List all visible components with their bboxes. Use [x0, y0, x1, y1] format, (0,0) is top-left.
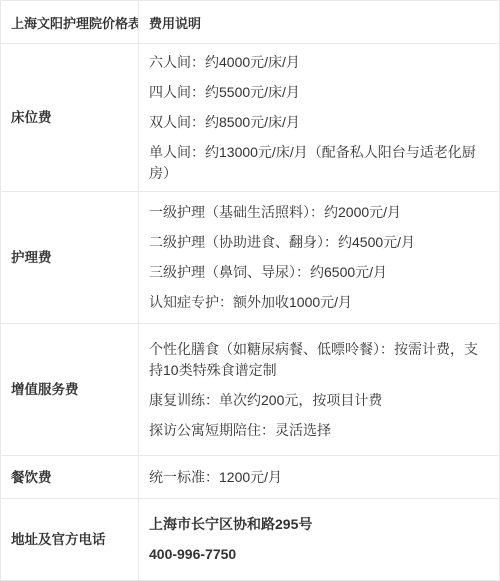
table-row-value-added-fee: 增值服务费 个性化膳食（如糖尿病餐、低嘌呤餐）：按需计费，支持10类特殊食谱定制…: [1, 324, 500, 456]
fee-item: 探访公寓短期陪住：灵活选择: [149, 420, 491, 441]
fee-item: 六人间：约4000元/床/月: [149, 52, 491, 73]
fee-item: 二级护理（协助进食、翻身）：约4500元/月: [149, 232, 491, 253]
fee-item: 一级护理（基础生活照料）：约2000元/月: [149, 202, 491, 223]
fee-item: 四人间：约5500元/床/月: [149, 82, 491, 103]
fee-item: 双人间：约8500元/床/月: [149, 112, 491, 133]
row-label-nursing-fee: 护理费: [1, 192, 139, 324]
row-content-bed-fee: 六人间：约4000元/床/月 四人间：约5500元/床/月 双人间：约8500元…: [139, 44, 500, 192]
row-content-value-added-fee: 个性化膳食（如糖尿病餐、低嘌呤餐）：按需计费，支持10类特殊食谱定制 康复训练：…: [139, 324, 500, 456]
price-table: 上海文阳护理院价格表 费用说明 床位费 六人间：约4000元/床/月 四人间：约…: [0, 0, 500, 581]
phone-number: 400-996-7750: [149, 544, 491, 565]
fee-item: 康复训练：单次约200元，按项目计费: [149, 390, 491, 411]
address-text: 上海市长宁区协和路295号: [149, 514, 491, 535]
row-label-value-added-fee: 增值服务费: [1, 324, 139, 456]
fee-item: 个性化膳食（如糖尿病餐、低嘌呤餐）：按需计费，支持10类特殊食谱定制: [149, 339, 491, 381]
table-row-bed-fee: 床位费 六人间：约4000元/床/月 四人间：约5500元/床/月 双人间：约8…: [1, 44, 500, 192]
table-row-catering-fee: 餐饮费 统一标准：1200元/月: [1, 456, 500, 499]
row-content-catering-fee: 统一标准：1200元/月: [139, 456, 500, 499]
fee-description-header: 费用说明: [139, 1, 500, 44]
row-content-address-phone: 上海市长宁区协和路295号 400-996-7750: [139, 499, 500, 581]
table-row-nursing-fee: 护理费 一级护理（基础生活照料）：约2000元/月 二级护理（协助进食、翻身）：…: [1, 192, 500, 324]
table-row-address-phone: 地址及官方电话 上海市长宁区协和路295号 400-996-7750: [1, 499, 500, 581]
fee-item: 认知症专护：额外加收1000元/月: [149, 292, 491, 313]
fee-item: 单人间：约13000元/床/月（配备私人阳台与适老化厨房）: [149, 142, 491, 184]
row-label-address-phone: 地址及官方电话: [1, 499, 139, 581]
row-label-bed-fee: 床位费: [1, 44, 139, 192]
table-header-row: 上海文阳护理院价格表 费用说明: [1, 1, 500, 44]
row-label-catering-fee: 餐饮费: [1, 456, 139, 499]
row-content-nursing-fee: 一级护理（基础生活照料）：约2000元/月 二级护理（协助进食、翻身）：约450…: [139, 192, 500, 324]
fee-item: 三级护理（鼻饲、导尿）：约6500元/月: [149, 262, 491, 283]
table-title: 上海文阳护理院价格表: [1, 1, 139, 44]
fee-item: 统一标准：1200元/月: [149, 467, 491, 488]
